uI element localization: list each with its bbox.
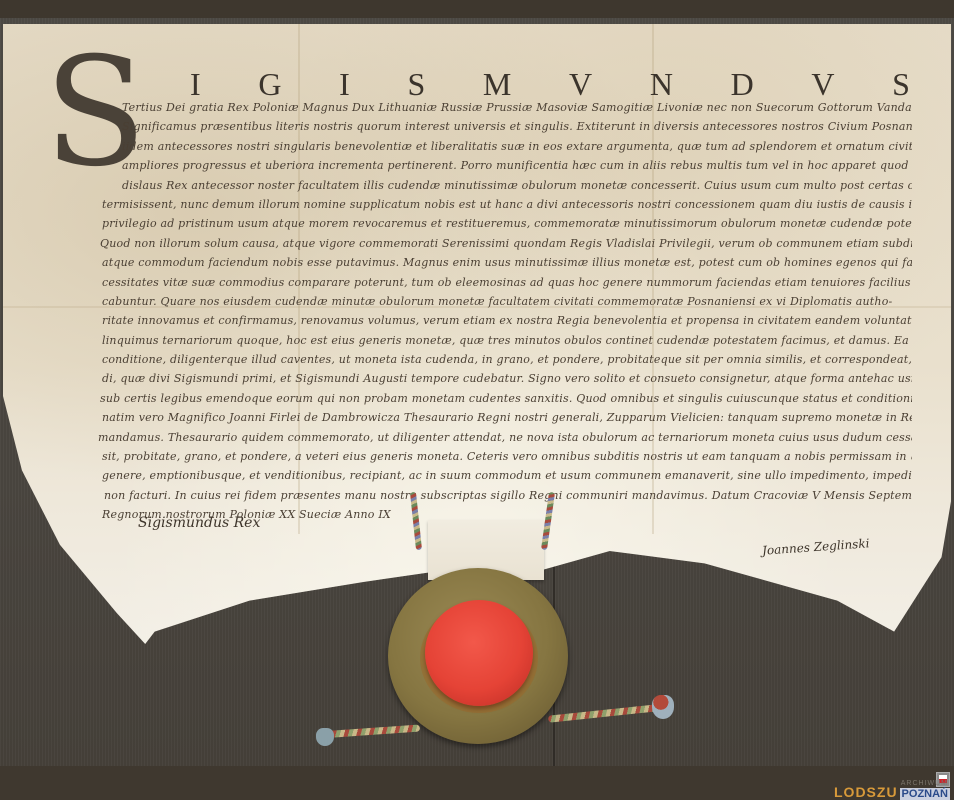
text-line: iidem antecessores nostri singularis ben… — [122, 137, 912, 156]
text-line: Significamus præsentibus literis nostris… — [122, 117, 912, 136]
text-line: cabuntur. Quare nos eiusdem cudendæ minu… — [102, 292, 912, 311]
text-line: cessitates vitæ suæ commodius comparare … — [102, 273, 912, 292]
text-line: non facturi. In cuius rei fidem præsente… — [104, 486, 912, 505]
cord-tassel — [316, 728, 334, 746]
text-line: mandamus. Thesaurario quidem commemorato… — [98, 428, 912, 447]
watermark-logo: ARCHIWUM LODSZU POZNAŃ — [834, 778, 950, 800]
text-line: Tertius Dei gratia Rex Poloniæ Magnus Du… — [122, 98, 912, 117]
document-body: Tertius Dei gratia Rex Poloniæ Magnus Du… — [122, 98, 912, 525]
wax-seal-impression — [425, 600, 533, 706]
text-line: sub certis legibus emendoque eorum qui n… — [100, 389, 912, 408]
watermark-label: ARCHIWUM — [901, 780, 948, 787]
text-line: sit, probitate, grano, et pondere, a vet… — [102, 447, 912, 466]
text-line: ampliores progressus et uberiora increme… — [122, 156, 912, 175]
text-line: termisissent, nunc demum illorum nomine … — [102, 195, 912, 214]
text-line: conditione, diligenterque illud caventes… — [102, 350, 912, 369]
bottom-frame-band — [0, 766, 954, 800]
text-line: linquimus ternariorum quoque, hoc est ei… — [102, 331, 912, 350]
watermark-site-logo: LODSZU — [834, 784, 898, 800]
top-frame-band — [0, 0, 954, 20]
text-line: atque commodum faciendum nobis esse puta… — [102, 253, 912, 272]
text-line: Quod non illorum solum causa, atque vigo… — [100, 234, 912, 253]
text-line: di, quæ divi Sigismundi primi, et Sigism… — [102, 369, 912, 388]
text-line: genere, emptionibusque, et venditionibus… — [102, 466, 912, 485]
cord-tassel — [652, 695, 674, 719]
text-line: ritate innovamus et confirmamus, renovam… — [102, 311, 912, 330]
text-line: natim vero Magnifico Joanni Firlei de Da… — [102, 408, 912, 427]
text-line: dislaus Rex antecessor noster facultatem… — [122, 176, 912, 195]
watermark-city: POZNAŃ — [900, 788, 950, 800]
text-line: privilegio ad pristinum usum atque morem… — [102, 214, 912, 233]
king-signature: Sigismundus Rex — [138, 515, 260, 531]
